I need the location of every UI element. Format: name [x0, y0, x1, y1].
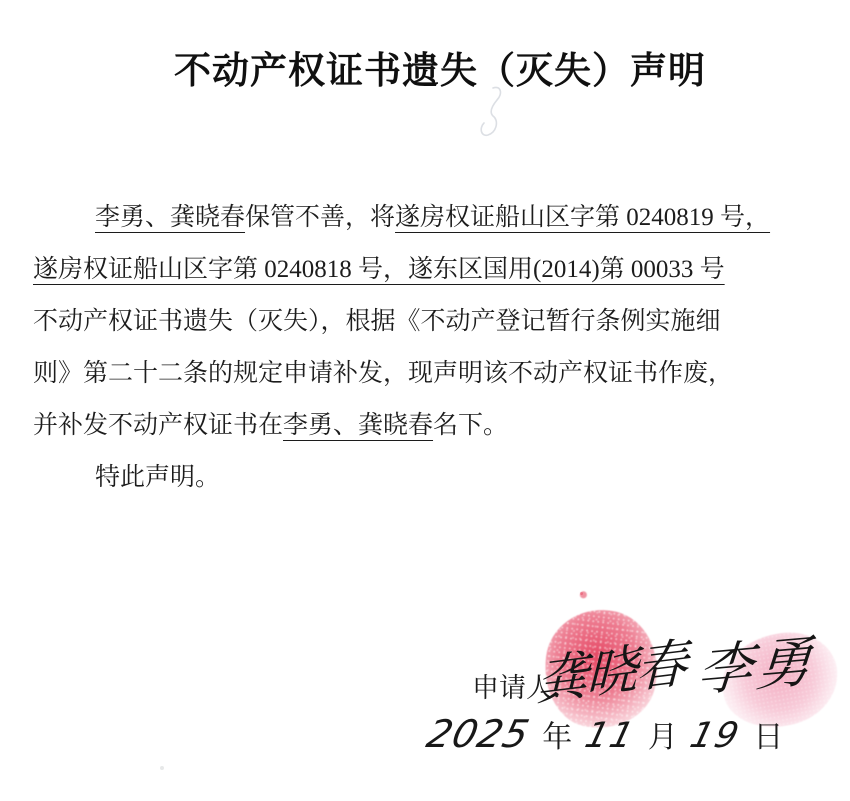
- applicant-names-underlined: 李勇、龚晓春: [95, 204, 245, 231]
- scan-noise-speck: [160, 766, 164, 770]
- scan-noise-speck: [580, 592, 583, 595]
- body-text-segment: 名下。: [433, 412, 508, 439]
- body-line-3: 不动产权证书遗失（灭失），根据《不动产登记暂行条例实施细: [33, 296, 805, 348]
- date-month-label: 月: [648, 712, 678, 756]
- body-line-5: 并补发不动产权证书在李勇、龚晓春名下。: [33, 400, 805, 452]
- body-line-4: 则》第二十二条的规定申请补发，现声明该不动产权证书作废，: [33, 348, 805, 400]
- closing-line: 特此声明。: [33, 452, 805, 504]
- date-year-label: 年: [542, 712, 572, 756]
- body-text-segment: 不动产权证书遗失（灭失），根据《不动产登记暂行条例实施细: [33, 308, 721, 335]
- body-line-2: 遂房权证船山区字第 0240818 号，遂东区国用(2014)第 00033 号: [33, 244, 805, 296]
- date-year-handwritten: 2025: [423, 712, 535, 756]
- body-text-segment: 保管不善，将: [245, 204, 395, 231]
- handwritten-signature-liyong: 李勇: [695, 616, 820, 706]
- declaration-body: 李勇、龚晓春保管不善，将遂房权证船山区字第 0240819 号， 遂房权证船山区…: [33, 192, 805, 504]
- certificate-number-1-underlined: 遂房权证船山区字第 0240819 号，: [395, 204, 770, 231]
- page-title: 不动产权证书遗失（灭失）声明: [15, 40, 850, 94]
- date-day-label: 日: [753, 712, 783, 756]
- reissue-names-underlined: 李勇、龚晓春: [283, 412, 433, 439]
- body-text-segment: 并补发不动产权证书在: [33, 412, 283, 439]
- certificate-numbers-2-underlined: 遂房权证船山区字第 0240818 号，遂东区国用(2014)第 00033 号: [33, 256, 725, 283]
- body-text-segment: 则》第二十二条的规定申请补发，现声明该不动产权证书作废，: [33, 360, 733, 387]
- body-line-1: 李勇、龚晓春保管不善，将遂房权证船山区字第 0240819 号，: [33, 192, 805, 244]
- date-line: 2025 年 11 月 19 日: [428, 712, 789, 756]
- date-day-handwritten: 19: [686, 716, 745, 756]
- scan-artifact-squiggle: [472, 84, 512, 142]
- date-month-handwritten: 11: [581, 716, 640, 756]
